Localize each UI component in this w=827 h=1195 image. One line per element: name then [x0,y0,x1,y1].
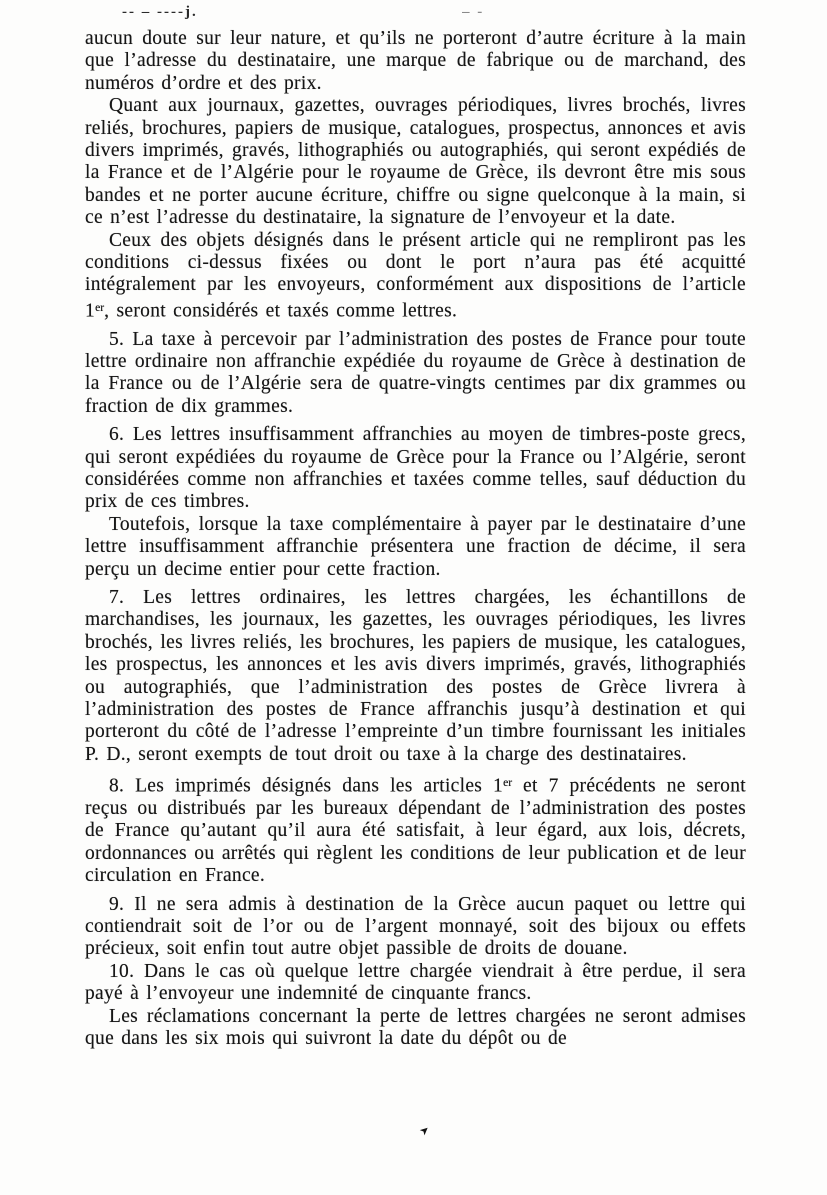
document-text-column: aucun doute sur leur nature, et qu’ils n… [85,28,746,1050]
paragraph-continuation: aucun doute sur leur nature, et qu’ils n… [85,28,746,95]
paragraph-article-8: 8. Les imprimés désignés dans les articl… [85,772,746,887]
paragraph-text: 8. Les imprimés désignés dans les articl… [109,776,503,797]
paragraph-article-10: 10. Dans le cas où quelque lettre chargé… [85,961,746,1006]
superscript-er: er [503,776,512,789]
paragraph-text: , seront considérés et taxés comme lettr… [104,300,457,321]
paragraph: Quant aux journaux, gazettes, ouvrages p… [85,95,746,229]
paragraph: Les réclamations concernant la perte de … [85,1006,746,1051]
clipped-header-fragment-right: – - [462,4,484,20]
clipped-header-fragment-left: -- – ----j. [122,4,198,20]
paragraph-article-5: 5. La taxe à percevoir par l’administrat… [85,329,746,419]
ink-blot-mark: ➤ [417,1123,433,1139]
paragraph-article-6: 6. Les lettres insuffisamment affranchie… [85,424,746,514]
paragraph: Ceux des objets désignés dans le présent… [85,230,746,323]
superscript-er: er [95,301,104,314]
paragraph: Toutefois, lorsque la taxe complémentair… [85,514,746,581]
paragraph-article-9: 9. Il ne sera admis à destination de la … [85,894,746,961]
paragraph-article-7: 7. Les lettres ordinaires, les lettres c… [85,587,746,766]
scanned-document-page: -- – ----j. – - aucun doute sur leur nat… [0,0,827,1195]
